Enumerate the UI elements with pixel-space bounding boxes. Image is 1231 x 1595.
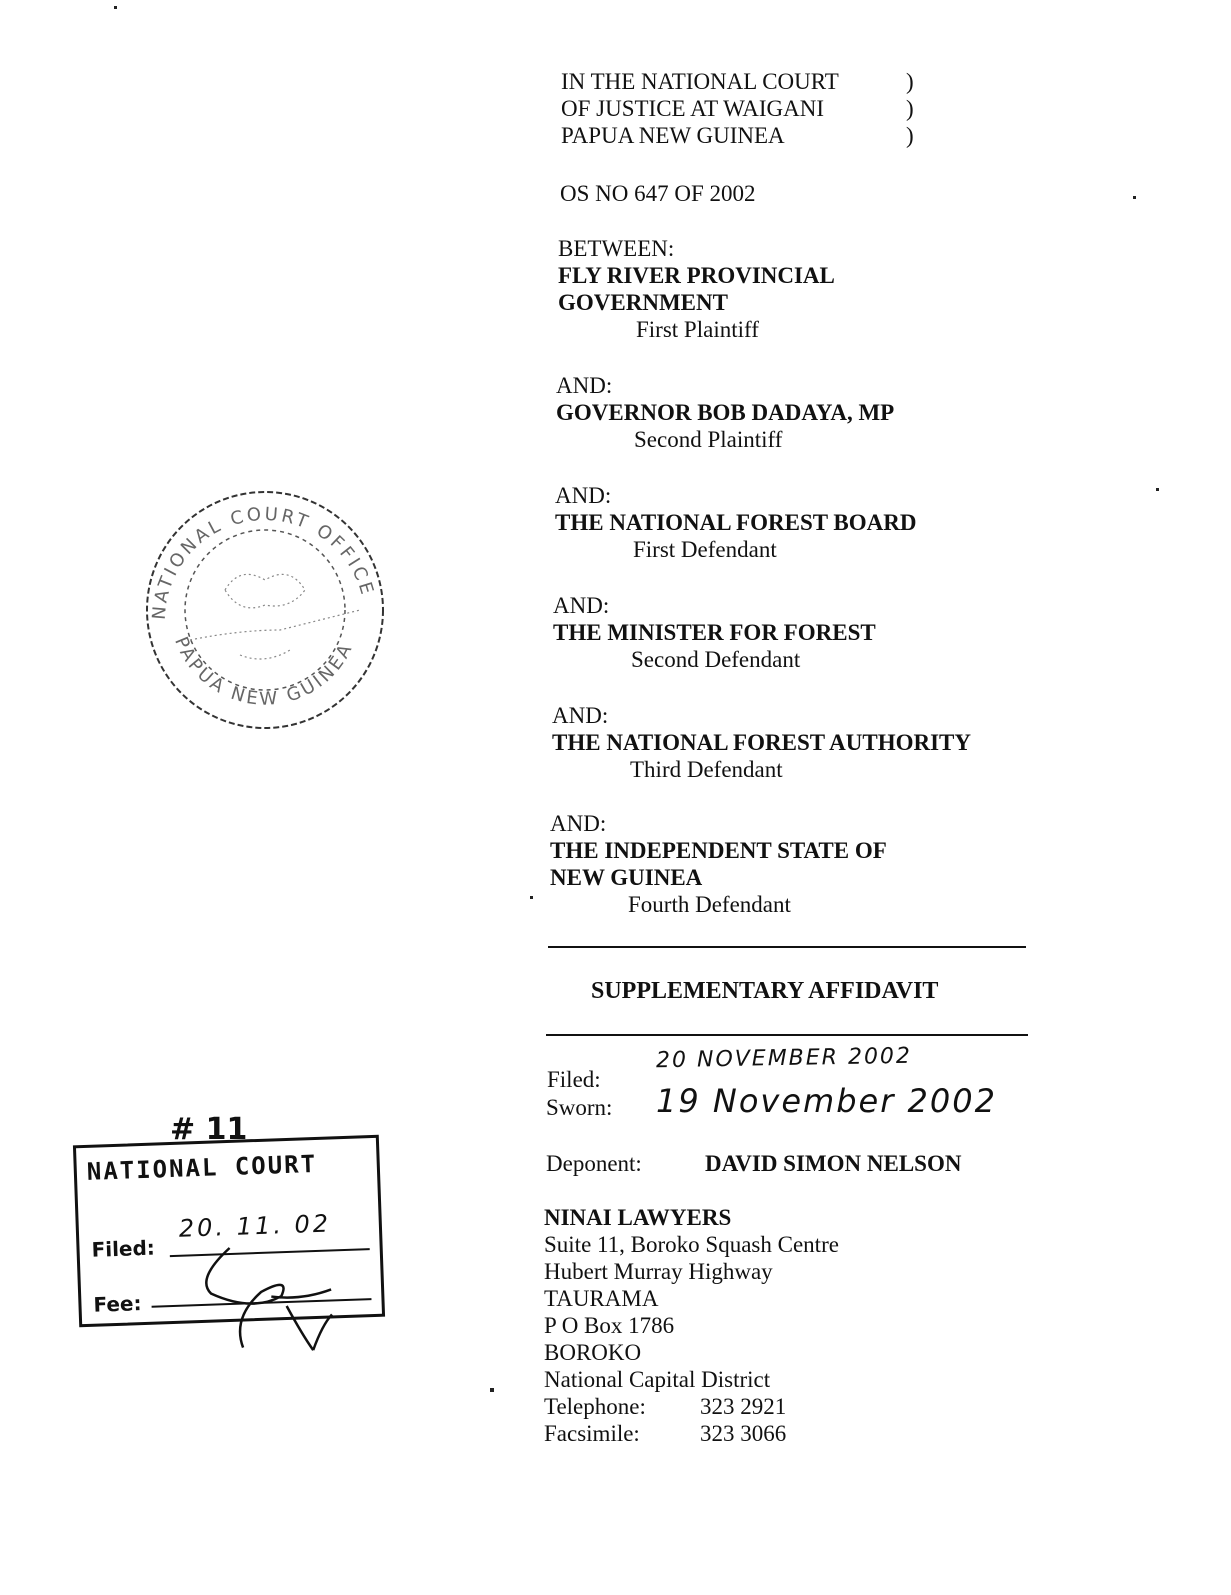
address-line: Suite 11, Boroko Squash Centre: [544, 1231, 839, 1258]
party-role: First Defendant: [555, 536, 916, 563]
court-seal: NATIONAL COURT OFFICE PAPUA NEW GUINEA: [130, 480, 400, 740]
case-number: OS NO 647 OF 2002: [560, 180, 756, 207]
filing-stamp: NATIONAL COURT 20. 11. 02 Filed: Fee:: [73, 1135, 385, 1328]
scan-speck: [1156, 488, 1159, 491]
paren: ): [906, 122, 914, 149]
sworn-date-handwritten: 19 November 2002: [656, 1082, 997, 1120]
party-connector: AND:: [556, 372, 894, 399]
party-4: AND: THE MINISTER FOR FOREST Second Defe…: [553, 592, 876, 673]
party-connector: AND:: [552, 702, 971, 729]
paren: ): [906, 68, 914, 95]
address-line: National Capital District: [544, 1366, 839, 1393]
party-connector: AND:: [553, 592, 876, 619]
court-header-line: IN THE NATIONAL COURT: [561, 68, 839, 95]
party-connector: AND:: [555, 482, 916, 509]
party-2: AND: GOVERNOR BOB DADAYA, MP Second Plai…: [556, 372, 894, 453]
scan-speck: [490, 1388, 494, 1392]
header-parens: ) ) ): [906, 68, 914, 149]
firm-name: NINAI LAWYERS: [544, 1204, 839, 1231]
party-role: Fourth Defendant: [550, 891, 887, 918]
filed-date-handwritten: 20 NOVEMBER 2002: [656, 1044, 912, 1073]
party-name: THE MINISTER FOR FOREST: [553, 619, 876, 646]
stamp-fee-label: Fee:: [93, 1291, 142, 1317]
party-1: BETWEEN: FLY RIVER PROVINCIAL GOVERNMENT…: [558, 235, 835, 343]
party-name: GOVERNOR BOB DADAYA, MP: [556, 399, 894, 426]
telephone-value: 323 2921: [700, 1393, 786, 1420]
party-name: GOVERNMENT: [558, 289, 835, 316]
party-name: THE INDEPENDENT STATE OF: [550, 837, 887, 864]
paren: ): [906, 95, 914, 122]
scan-speck: [1133, 196, 1136, 199]
address-line: P O Box 1786: [544, 1312, 839, 1339]
party-name: FLY RIVER PROVINCIAL: [558, 262, 835, 289]
court-header: IN THE NATIONAL COURT OF JUSTICE AT WAIG…: [561, 68, 839, 149]
deponent-name: DAVID SIMON NELSON: [705, 1150, 961, 1177]
signature-icon: [189, 1234, 343, 1359]
contact-table: Telephone: 323 2921 Facsimile: 323 3066: [544, 1393, 786, 1447]
court-header-line: PAPUA NEW GUINEA: [561, 122, 839, 149]
court-header-line: OF JUSTICE AT WAIGANI: [561, 95, 839, 122]
stamp-filed-label: Filed:: [91, 1236, 155, 1262]
seal-emblem-icon: [190, 574, 360, 659]
document-title: SUPPLEMENTARY AFFIDAVIT: [591, 978, 938, 1005]
address-line: Hubert Murray Highway: [544, 1258, 839, 1285]
party-role: Second Defendant: [553, 646, 876, 673]
stamp-title: NATIONAL COURT: [86, 1150, 317, 1186]
party-3: AND: THE NATIONAL FOREST BOARD First Def…: [555, 482, 916, 563]
address-line: BOROKO: [544, 1339, 839, 1366]
party-name: THE NATIONAL FOREST BOARD: [555, 509, 916, 536]
sworn-label: Sworn:: [546, 1094, 612, 1121]
party-role: Third Defendant: [552, 756, 971, 783]
divider: [548, 946, 1026, 948]
address-line: TAURAMA: [544, 1285, 839, 1312]
filed-label: Filed:: [547, 1066, 601, 1093]
party-connector: AND:: [550, 810, 887, 837]
deponent-label: Deponent:: [546, 1150, 642, 1177]
svg-text:PAPUA NEW GUINEA: PAPUA NEW GUINEA: [170, 634, 357, 710]
seal-bottom-text: PAPUA NEW GUINEA: [170, 634, 357, 710]
party-connector: BETWEEN:: [558, 235, 835, 262]
party-name: THE NATIONAL FOREST AUTHORITY: [552, 729, 971, 756]
scan-speck: [114, 6, 117, 9]
facsimile-label: Facsimile:: [544, 1420, 700, 1447]
party-role: Second Plaintiff: [556, 426, 894, 453]
facsimile-value: 323 3066: [700, 1420, 786, 1447]
divider: [546, 1034, 1028, 1036]
scan-speck: [530, 896, 533, 899]
party-5: AND: THE NATIONAL FOREST AUTHORITY Third…: [552, 702, 971, 783]
party-6: AND: THE INDEPENDENT STATE OF NEW GUINEA…: [550, 810, 887, 918]
telephone-label: Telephone:: [544, 1393, 700, 1420]
party-role: First Plaintiff: [558, 316, 835, 343]
party-name: NEW GUINEA: [550, 864, 887, 891]
lawyers-block: NINAI LAWYERS Suite 11, Boroko Squash Ce…: [544, 1204, 839, 1447]
